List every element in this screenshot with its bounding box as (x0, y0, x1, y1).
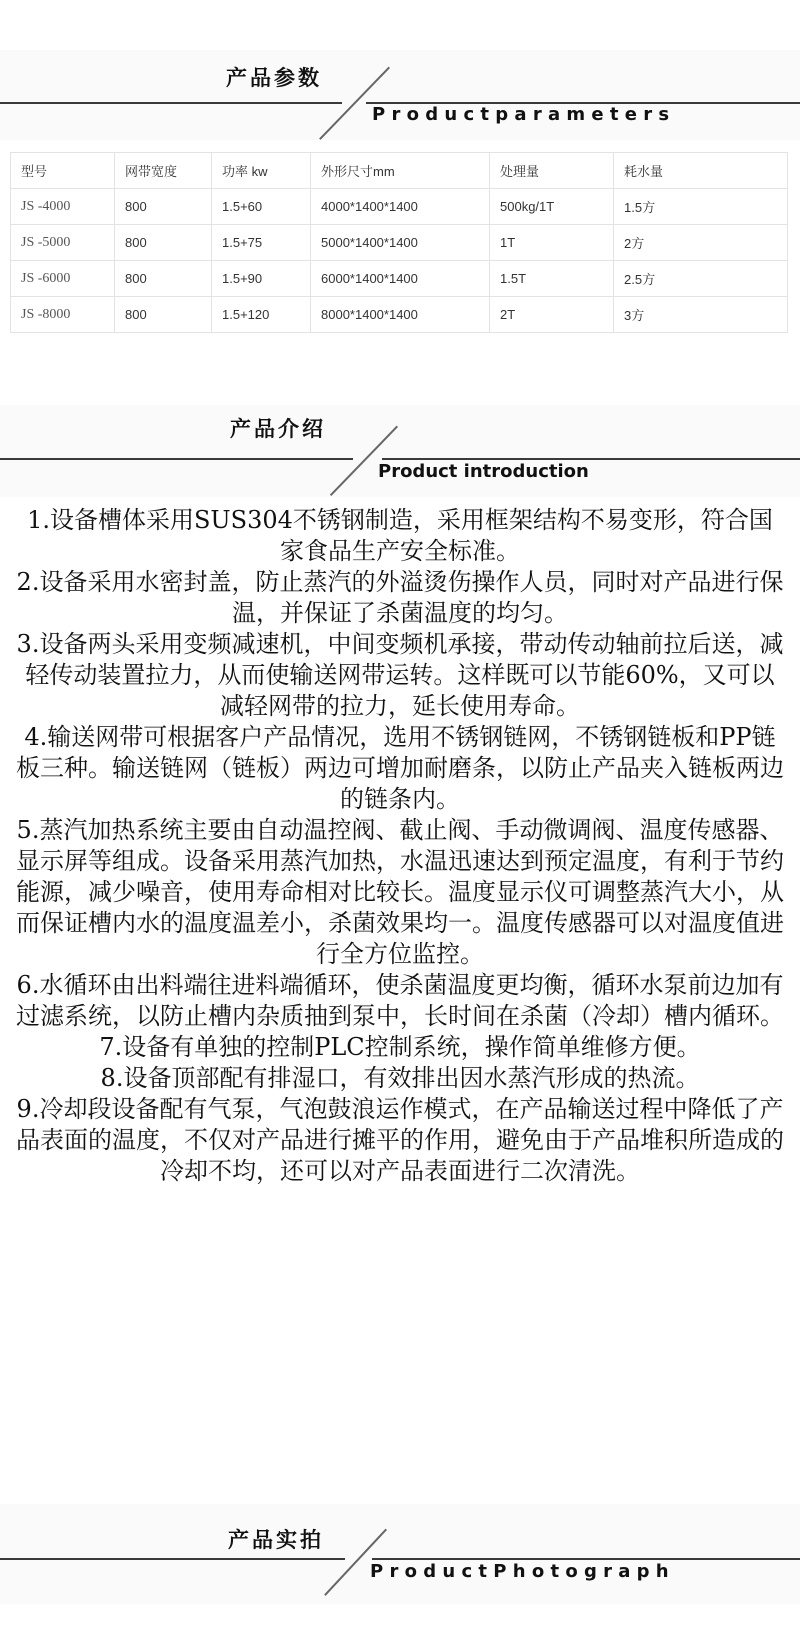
intro-item: 3.设备两头采用变频减速机，中间变频机承接，带动传动轴前拉后送，减轻传动装置拉力… (16, 629, 784, 722)
header-cell: 功率 kw (212, 153, 311, 189)
header-cell: 耗水量 (614, 153, 788, 189)
divider-left (0, 458, 353, 460)
intro-item: 9.冷却段设备配有气泵，气泡鼓浪运作模式，在产品输送过程中降低了产品表面的温度，… (16, 1094, 784, 1187)
section-title-en: P r o d u c t P h o t o g r a p h (370, 1561, 669, 1582)
table-header-row: 型号 网带宽度 功率 kw 外形尺寸mm 处理量 耗水量 (11, 153, 788, 189)
intro-item: 4.输送网带可根据客户产品情况，选用不锈钢链网，不锈钢链板和PP链板三种。输送链… (16, 722, 784, 815)
divider-left (0, 1558, 345, 1560)
intro-item: 6.水循环由出料端往进料端循环，使杀菌温度更均衡，循环水泵前边加有过滤系统，以防… (16, 970, 784, 1032)
section-header-introduction: 产品介绍 Product introduction (0, 405, 800, 497)
intro-item: 7.设备有单独的控制PLC控制系统，操作简单维修方便。 (16, 1032, 784, 1063)
section-header-photograph: 产品实拍 P r o d u c t P h o t o g r a p h (0, 1504, 800, 1604)
intro-item: 2.设备采用水密封盖，防止蒸汽的外溢烫伤操作人员，同时对产品进行保温，并保证了杀… (16, 567, 784, 629)
divider-left (0, 102, 342, 104)
parameters-table: 型号 网带宽度 功率 kw 外形尺寸mm 处理量 耗水量 JS -4000 80… (10, 152, 788, 333)
header-cell: 处理量 (490, 153, 614, 189)
intro-item: 1.设备槽体采用SUS304不锈钢制造，采用框架结构不易变形，符合国家食品生产安… (16, 505, 784, 567)
section-header-parameters: 产品参数 P r o d u c t p a r a m e t e r s (0, 50, 800, 140)
header-cell: 网带宽度 (115, 153, 212, 189)
intro-item: 8.设备顶部配有排湿口，有效排出因水蒸汽形成的热流。 (16, 1063, 784, 1094)
section-title-en: P r o d u c t p a r a m e t e r s (372, 104, 669, 125)
divider-right (382, 458, 800, 460)
section-title-zh: 产品参数 (226, 62, 322, 92)
intro-item: 5.蒸汽加热系统主要由自动温控阀、截止阀、手动微调阀、温度传感器、显示屏等组成。… (16, 815, 784, 970)
section-title-en: Product introduction (378, 461, 589, 482)
section-title-zh: 产品介绍 (230, 413, 326, 443)
table-row: JS -6000 800 1.5+90 6000*1400*1400 1.5T … (11, 261, 788, 297)
introduction-text: 1.设备槽体采用SUS304不锈钢制造，采用框架结构不易变形，符合国家食品生产安… (16, 505, 784, 1187)
header-cell: 外形尺寸mm (311, 153, 490, 189)
table-row: JS -4000 800 1.5+60 4000*1400*1400 500kg… (11, 189, 788, 225)
section-title-zh: 产品实拍 (228, 1524, 324, 1554)
table-row: JS -5000 800 1.5+75 5000*1400*1400 1T 2方 (11, 225, 788, 261)
header-cell: 型号 (11, 153, 115, 189)
divider-right (372, 1558, 800, 1560)
table-row: JS -8000 800 1.5+120 8000*1400*1400 2T 3… (11, 297, 788, 333)
